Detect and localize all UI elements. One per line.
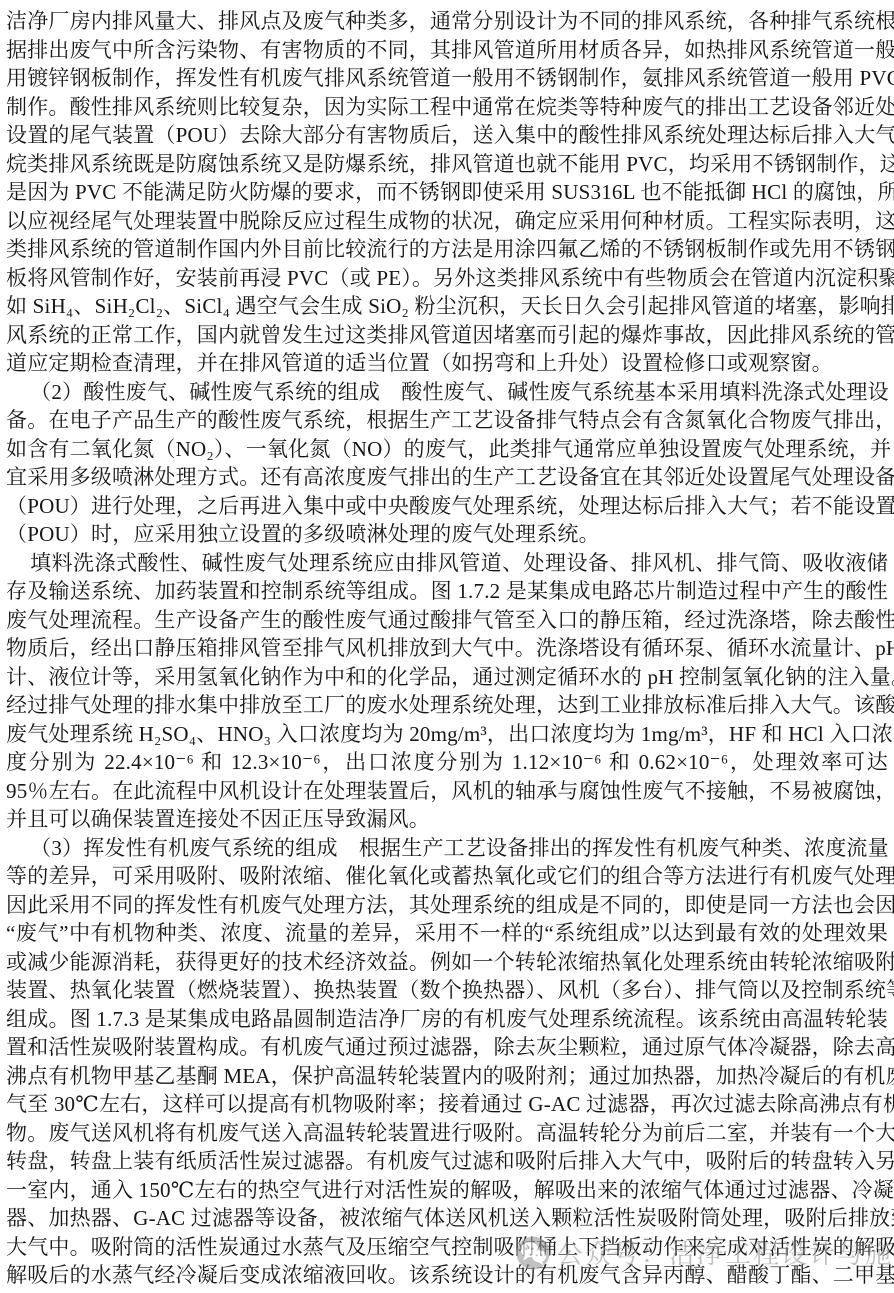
text-line: 道应定期检查清理，并在排风管道的适当位置（如拐弯和上升处）设置检修口或观察窗。 [6, 349, 888, 378]
text-line: 如含有二氧化氮（NO₂）、一氧化氮（NO）的废气，此类排气通常应单独设置废气处理… [6, 435, 888, 464]
text-line: 制作。酸性排风系统则比较复杂，因为实际工程中通常在烷类等特种废气的排出工艺设备邻… [6, 93, 888, 122]
text-line: 洁净厂房内排风量大、排风点及废气种类多，通常分别设计为不同的排风系统，各种排气系… [6, 7, 888, 36]
text-line: 宜采用多级喷淋处理方式。还有高浓度废气排出的生产工艺设备宜在其邻近处设置尾气处理… [6, 463, 888, 492]
text-line: 类排风系统的管道制作国内外目前比较流行的方法是用涂四氟乙烯的不锈钢板制作或先用不… [6, 235, 888, 264]
text-line: 装置、热氧化装置（燃烧装置）、换热装置（数个换热器）、风机（多台）、排气筒以及控… [6, 976, 888, 1005]
text-line: 器、加热器、G-AC 过滤器等设备，被浓缩气体送风机送入颗粒活性炭吸附筒处理，吸… [6, 1204, 888, 1233]
text-line: 设置的尾气装置（POU）去除大部分有害物质后，送入集中的酸性排风系统处理达标后排… [6, 121, 888, 150]
text-line: 用镀锌钢板制作，挥发性有机废气排风系统管道一般用不锈钢制作，氨排风系统管道一般用… [6, 64, 888, 93]
text-line: 据排出废气中所含污染物、有害物质的不同，其排风管道所用材质各异，如热排风系统管道… [6, 36, 888, 65]
text-line: 置和活性炭吸附装置构成。有机废气通过预过滤器，除去灰尘颗粒，通过原气体冷凝器，除… [6, 1033, 888, 1062]
text-line: 组成。图 1.7.3 是某集成电路晶圆制造洁净厂房的有机废气处理系统流程。该系统… [6, 1005, 888, 1034]
text-line: 存及输送系统、加药装置和控制系统等组成。图 1.7.2 是某集成电路芯片制造过程… [6, 577, 888, 606]
text-line: 是因为 PVC 不能满足防火防爆的要求，而不锈钢即使采用 SUS316L 也不能… [6, 178, 888, 207]
text-line: 板将风管制作好，安装前再浸 PVC（或 PE）。另外这类排风系统中有些物质会在管… [6, 264, 888, 293]
document-page: 洁净厂房内排风量大、排风点及废气种类多，通常分别设计为不同的排风系统，各种排气系… [0, 0, 894, 1293]
text-line: 如 SiH₄、SiH₂Cl₂、SiCl₄ 遇空气会生成 SiO₂ 粉尘沉积，天长… [6, 292, 888, 321]
body-text: 洁净厂房内排风量大、排风点及废气种类多，通常分别设计为不同的排风系统，各种排气系… [6, 7, 888, 1290]
text-line: 以应视经尾气处理装置中脱除反应过程生成物的状况，确定应采用何种材质。工程实际表明… [6, 207, 888, 236]
text-line: 95％左右。在此流程中风机设计在处理装置后，风机的轴承与腐蚀性废气不接触，不易被… [6, 777, 888, 806]
text-line: 沸点有机物甲基乙基酮 MEA，保护高温转轮装置内的吸附剂；通过加热器，加热冷凝后… [6, 1062, 888, 1091]
text-line: （POU）进行处理，之后再进入集中或中央酸废气处理系统，处理达标后排入大气；若不… [6, 492, 888, 521]
text-line: （3）挥发性有机废气系统的组成 根据生产工艺设备排出的挥发性有机废气种类、浓度流… [6, 834, 888, 863]
text-line: 并且可以确保装置连接处不因正压导致漏风。 [6, 805, 888, 834]
text-line: 气至 30℃左右，这样可以提高有机物吸附率；接着通过 G-AC 过滤器，再次过滤… [6, 1090, 888, 1119]
text-line: 计、液位计等，采用氢氧化钠作为中和的化学品，通过测定循环水的 pH 控制氢氧化钠… [6, 663, 888, 692]
text-line: 烷类排风系统既是防腐蚀系统又是防爆系统，排风管道也就不能用 PVC，均采用不锈钢… [6, 150, 888, 179]
text-line: 物质后，经出口静压箱排风管至排气风机排放到大气中。洗涤塔设有循环泵、循环水流量计… [6, 634, 888, 663]
text-line: 备。在电子产品生产的酸性废气系统，根据生产工艺设备排气特点会有含氮氧化合物废气排… [6, 406, 888, 435]
text-line: 解吸后的水蒸气经冷凝后变成浓缩液回收。该系统设计的有机废气含异丙醇、醋酸丁酯、二… [6, 1261, 888, 1290]
text-line: 大气中。吸附筒的活性炭通过水蒸气及压缩空气控制吸附桶上下挡板动作来完成对活性炭的… [6, 1233, 888, 1262]
text-line: 度分别为 22.4×10⁻⁶ 和 12.3×10⁻⁶，出口浓度分别为 1.12×… [6, 748, 888, 777]
text-line: 填料洗涤式酸性、碱性废气处理系统应由排风管道、处理设备、排风机、排气筒、吸收液储 [6, 549, 888, 578]
text-line: 废气处理系统 H₂SO₄、HNO₃ 入口浓度均为 20mg/m³，出口浓度均为 … [6, 720, 888, 749]
text-line: 物。废气送风机将有机废气送入高温转轮装置进行吸附。高温转轮分为前后二室，并装有一… [6, 1119, 888, 1148]
text-line: （POU）时，应采用独立设置的多级喷淋处理的废气处理系统。 [6, 520, 888, 549]
text-line: 一室内，通入 150℃左右的热空气进行对活性炭的解吸，解吸出来的浓缩气体通过过滤… [6, 1176, 888, 1205]
text-line: 废气处理流程。生产设备产生的酸性废气通过酸排气管至入口的静压箱，经过洗涤塔，除去… [6, 606, 888, 635]
text-line: 因此采用不同的挥发性有机废气处理方法，其处理系统的组成是不同的，即使是同一方法也… [6, 891, 888, 920]
text-line: （2）酸性废气、碱性废气系统的组成 酸性废气、碱性废气系统基本采用填料洗涤式处理… [6, 378, 888, 407]
text-line: 风系统的正常工作，国内就曾发生过这类排风管道因堵塞而引起的爆炸事故，因此排风系统… [6, 321, 888, 350]
text-line: 转盘，转盘上装有纸质活性炭过滤器。有机废气过滤和吸附后排入大气中，吸附后的转盘转… [6, 1147, 888, 1176]
text-line: 或减少能源消耗，获得更好的技术经济效益。例如一个转轮浓缩热氧化处理系统由转轮浓缩… [6, 948, 888, 977]
text-line: “废气”中有机物种类、浓度、流量的差异，采用不一样的“系统组成”以达到最有效的处… [6, 919, 888, 948]
text-line: 等的差异，可采用吸附、吸附浓缩、催化氧化或蓄热氧化或它们的组合等方法进行有机废气… [6, 862, 888, 891]
text-line: 经过排气处理的排水集中排放至工厂的废水处理系统处理，达到工业排放标准后排入大气。… [6, 691, 888, 720]
